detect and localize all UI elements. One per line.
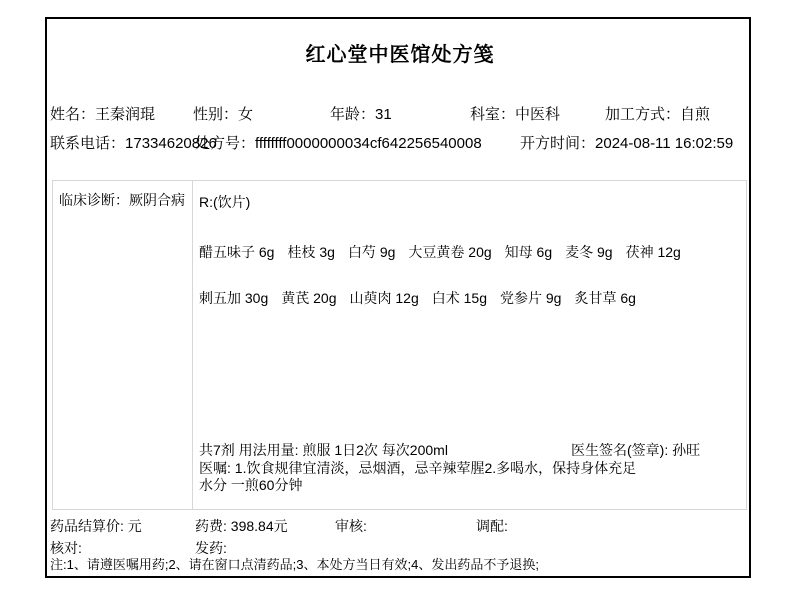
department-label: 科室： <box>470 106 515 123</box>
processing-method-field: 加工方式：自煎 <box>605 107 710 122</box>
processing-value: 自煎 <box>680 106 710 123</box>
prescription-time-field: 开方时间：2024-08-11 16:02:59 <box>520 136 733 151</box>
rp-header: R:(饮片) <box>199 195 250 209</box>
drug-item: 大豆黄卷 20g <box>408 244 491 260</box>
drug-item: 黄芪 20g <box>281 290 336 306</box>
drug-item: 麦冬 9g <box>565 244 612 260</box>
drug-line-2: 刺五加 30g黄芪 20g山萸肉 12g白术 15g党参片 9g炙甘草 6g <box>199 291 649 305</box>
gender-label: 性别： <box>193 106 238 123</box>
medical-advice: 医嘱: 1.饮食规律宜清淡，忌烟酒，忌辛辣荤腥2.多喝水，保持身体充足水分 一煎… <box>199 460 644 494</box>
drug-item: 桂枝 3g <box>287 244 334 260</box>
fee-field: 药费: 398.84元 <box>195 519 288 533</box>
drug-line-1: 醋五味子 6g桂枝 3g白芍 9g大豆黄卷 20g知母 6g麦冬 9g茯神 12… <box>199 245 694 259</box>
drug-item: 茯神 12g <box>626 244 681 260</box>
rx-time-value: 2024-08-11 16:02:59 <box>595 135 733 152</box>
doctor-signature-label: 医生签名(签章): <box>571 442 668 458</box>
name-value: 王秦润琨 <box>95 106 155 123</box>
drug-item: 炙甘草 6g <box>574 290 635 306</box>
prescription-box: 临床诊断：厥阴合病 R:(饮片) 醋五味子 6g桂枝 3g白芍 9g大豆黄卷 2… <box>52 180 747 510</box>
drug-item: 刺五加 30g <box>199 290 268 306</box>
processing-label: 加工方式： <box>605 106 680 123</box>
gender-field: 性别：女 <box>193 107 253 122</box>
rx-time-label: 开方时间： <box>520 135 595 152</box>
check-field: 核对: <box>50 541 82 555</box>
page-title: 红心堂中医馆处方笺 <box>0 38 800 67</box>
age-field: 年龄：31 <box>330 107 392 122</box>
rx-number-label: 处方号： <box>195 135 255 152</box>
drug-item: 党参片 9g <box>500 290 561 306</box>
prescription-page: 红心堂中医馆处方笺 姓名：王秦润琨 性别：女 年龄：31 科室：中医科 加工方式… <box>0 0 800 600</box>
gender-value: 女 <box>238 106 253 123</box>
department-value: 中医科 <box>515 106 560 123</box>
drug-item: 白芍 9g <box>348 244 395 260</box>
compound-field: 调配: <box>476 519 508 533</box>
drug-item: 知母 6g <box>505 244 552 260</box>
settlement-price-field: 药品结算价: 元 <box>50 519 142 533</box>
name-field: 姓名：王秦润琨 <box>50 107 155 122</box>
age-label: 年龄： <box>330 106 375 123</box>
note-line: 注:1、请遵医嘱用药;2、请在窗口点清药品;3、本处方当日有效;4、发出药品不予… <box>50 558 539 571</box>
diagnosis-field: 临床诊断：厥阴合病 <box>59 193 185 207</box>
name-label: 姓名： <box>50 106 95 123</box>
doctor-signature-value: 孙旺 <box>672 442 700 458</box>
diagnosis-label: 临床诊断： <box>59 192 129 208</box>
review-field: 审核: <box>335 519 367 533</box>
drug-item: 山萸肉 12g <box>350 290 419 306</box>
phone-field: 联系电话：17334620826 <box>50 136 217 151</box>
prescription-number-field: 处方号：ffffffff0000000034cf642256540008 <box>195 136 482 151</box>
usage-summary: 共7剂 用法用量: 煎服 1日2次 每次200ml <box>199 443 448 457</box>
doctor-signature: 医生签名(签章): 孙旺 <box>571 443 700 457</box>
diagnosis-value: 厥阴合病 <box>129 192 185 208</box>
column-divider <box>192 181 193 509</box>
phone-label: 联系电话： <box>50 135 125 152</box>
drug-item: 白术 15g <box>432 290 487 306</box>
dispense-field: 发药: <box>195 541 227 555</box>
drug-item: 醋五味子 6g <box>199 244 274 260</box>
department-field: 科室：中医科 <box>470 107 560 122</box>
rx-number-value: ffffffff0000000034cf642256540008 <box>255 135 482 152</box>
age-value: 31 <box>375 106 392 123</box>
